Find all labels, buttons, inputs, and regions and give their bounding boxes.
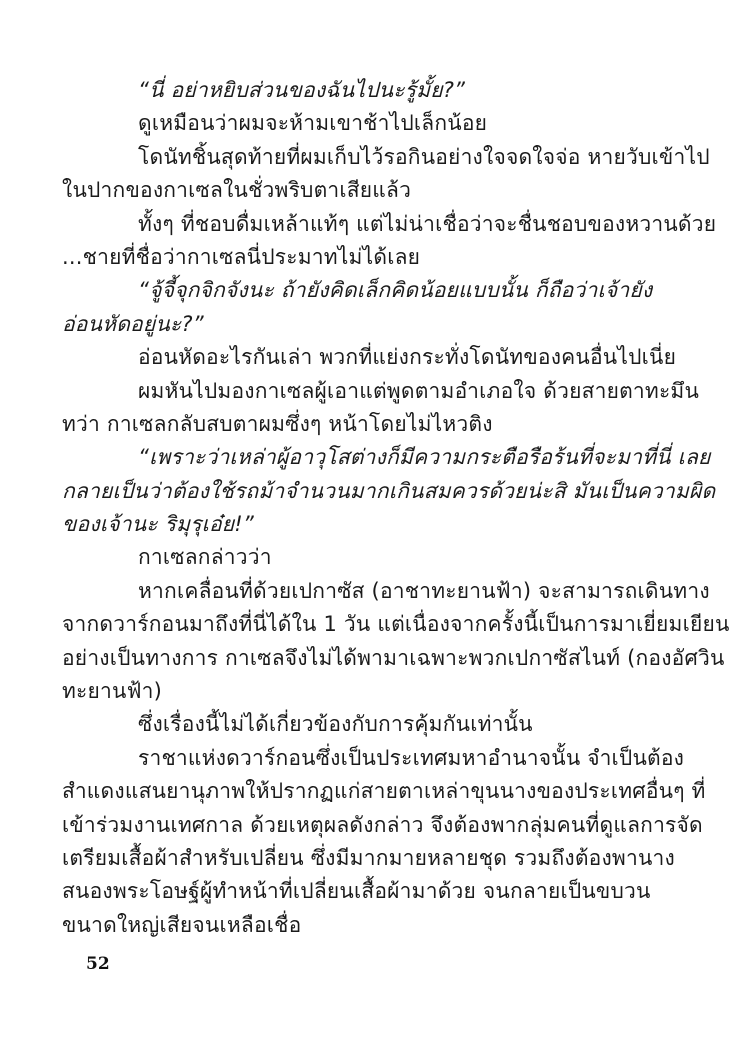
text-line: เข้าร่วมงานเทศกาล ด้วยเหตุผลดังกล่าว จึง… <box>62 809 662 842</box>
text-line: ของเจ้านะ ริมุรุเอ๋ย!” <box>62 508 662 541</box>
text-line: “นี่ อย่าหยิบส่วนของฉันไปนะรู้มั้ย?” <box>62 74 662 107</box>
text-line: สำแดงแสนยานุภาพให้ปรากฏแก่สายตาเหล่าขุนน… <box>62 775 662 808</box>
text-line: กาเซลกล่าวว่า <box>62 541 662 574</box>
text-line: กลายเป็นว่าต้องใช้รถม้าจำนวนมากเกินสมควร… <box>62 475 662 508</box>
text-line: “จู้จี้จุกจิกจังนะ ถ้ายังคิดเล็กคิดน้อยแ… <box>62 274 662 307</box>
text-line: สนองพระโอษฐ์ผู้ทำหน้าที่เปลี่ยนเสื้อผ้าม… <box>62 875 662 908</box>
text-line: อย่างเป็นทางการ กาเซลจึงไม่ได้พามาเฉพาะพ… <box>62 642 662 675</box>
text-line: อ่อนหัดอยู่นะ?” <box>62 308 662 341</box>
text-line: ทว่า กาเซลกลับสบตาผมซึ่งๆ หน้าโดยไม่ไหวต… <box>62 408 662 441</box>
text-line: เตรียมเสื้อผ้าสำหรับเปลี่ยน ซึ่งมีมากมาย… <box>62 842 662 875</box>
text-line: ทะยานฟ้า) <box>62 675 662 708</box>
text-line: ทั้งๆ ที่ชอบดื่มเหล้าแท้ๆ แต่ไม่น่าเชื่อ… <box>62 208 662 241</box>
text-line: จากดวาร์กอนมาถึงที่นี่ได้ใน 1 วัน แต่เนื… <box>62 608 662 641</box>
text-line: “เพราะว่าเหล่าผู้อาวุโสต่างก็มีความกระตื… <box>62 441 662 474</box>
text-line: โดนัทชิ้นสุดท้ายที่ผมเก็บไว้รอกินอย่างใจ… <box>62 141 662 174</box>
text-line: ซึ่งเรื่องนี้ไม่ได้เกี่ยวข้องกับการคุ้มก… <box>62 708 662 741</box>
body-text: “นี่ อย่าหยิบส่วนของฉันไปนะรู้มั้ย?”ดูเห… <box>62 74 662 942</box>
book-page: “นี่ อย่าหยิบส่วนของฉันไปนะรู้มั้ย?”ดูเห… <box>0 0 738 1051</box>
text-line: ดูเหมือนว่าผมจะห้ามเขาช้าไปเล็กน้อย <box>62 107 662 140</box>
text-line: หากเคลื่อนที่ด้วยเปกาซัส (อาชาทะยานฟ้า) … <box>62 575 662 608</box>
text-line: อ่อนหัดอะไรกันเล่า พวกที่แย่งกระทั่งโดนั… <box>62 341 662 374</box>
text-line: ...ชายที่ชื่อว่ากาเซลนี่ประมาทไม่ได้เลย <box>62 241 662 274</box>
page-number: 52 <box>86 954 110 974</box>
text-line: ผมหันไปมองกาเซลผู้เอาแต่พูดตามอำเภอใจ ด้… <box>62 375 662 408</box>
text-line: ราชาแห่งดวาร์กอนซึ่งเป็นประเทศมหาอำนาจนั… <box>62 742 662 775</box>
text-line: ขนาดใหญ่เสียจนเหลือเชื่อ <box>62 909 662 942</box>
text-line: ในปากของกาเซลในชั่วพริบตาเสียแล้ว <box>62 174 662 207</box>
